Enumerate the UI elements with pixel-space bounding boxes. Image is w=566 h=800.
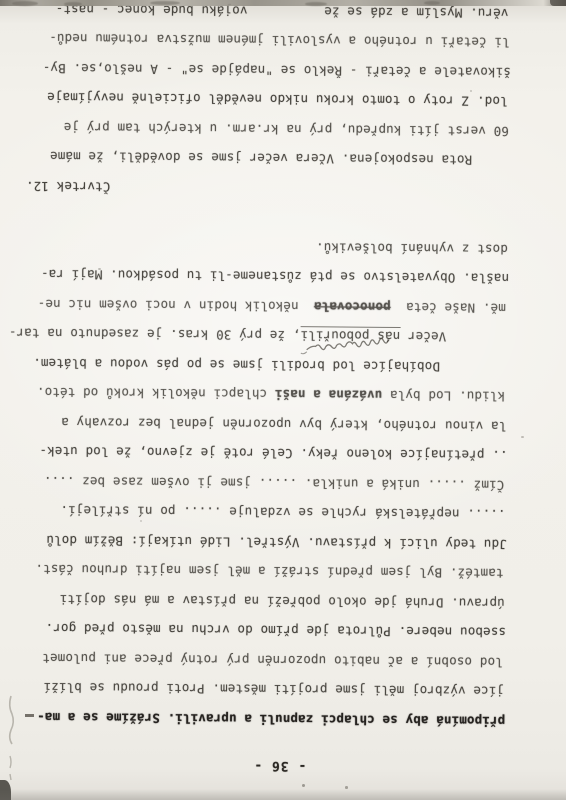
text-line: našla. Obyvatelstvo se ptá zůstaneme-li …	[25, 260, 509, 294]
text-line: klidu. Lod byla uvázána a naši chlapci n…	[24, 378, 505, 412]
scanned-page: - 36 - připomíná aby se chlapci zapnuli …	[0, 0, 566, 800]
text-run: 60 verst jíti kupředu, prý na kr.arm. u …	[64, 120, 509, 139]
text-run: tamtéž. Byl jsem přední stráží a měl jse…	[35, 562, 503, 581]
scan-edge-blob	[12, 1, 38, 6]
text-run: úpravu. Druhá jde okolo pobřeží na příst…	[59, 592, 504, 611]
text-line: ..... nepřátelská rychle se vzdaluje ...…	[23, 496, 506, 530]
scan-edge-blob	[305, 2, 327, 6]
text-run: chlapci několik kroků od této.	[37, 385, 275, 402]
text-run: li četaři u rotného a vyslovili jménem m…	[49, 31, 510, 50]
text-run: ..... nepřátelská rychle se vzdaluje ...…	[60, 504, 505, 523]
text-line: 60 verst jíti kupředu, prý na kr.arm. u …	[26, 112, 509, 146]
text-run: la vinou rotného, který byv upozorněn je…	[61, 415, 506, 434]
speck	[345, 786, 348, 789]
text-line: tamtéž. Byl jsem přední stráží a měl jse…	[22, 555, 503, 589]
scan-edge-blob	[64, 2, 82, 6]
text-run: Jdu tedy ulicí k přístavu. Výstřel. Lidé…	[46, 533, 507, 552]
text-line: lod. Z roty o tomto kroku nikdo nevěděl …	[27, 83, 508, 117]
text-run: ssebou nebere. Půlrota jde přímo do vrch…	[45, 621, 506, 640]
speck	[98, 268, 101, 270]
text-run: připomíná aby se chlapci zapnuli a uprav…	[37, 710, 505, 729]
text-line: Rota nespokojena. Včera večer jsme se do…	[26, 142, 510, 176]
text-line: připomíná aby se chlapci zapnuli a uprav…	[21, 702, 505, 736]
text-line: lod osobní a ač nabito upozorněn prý rot…	[22, 643, 503, 677]
entry-heading: Čtvrtek 12.	[26, 171, 507, 205]
text-run: lod. Z roty o tomto kroku nikdo nevěděl …	[47, 90, 508, 109]
text-run: lod osobní a ač nabito upozorněn prý rot…	[42, 651, 503, 670]
scan-bottom-shade	[0, 789, 566, 800]
text-run: Čímž ..... uniká a unikla. ..... jsme ji…	[44, 474, 505, 493]
struck-word: ponocovala	[314, 299, 391, 315]
text-run: Rota nespokojena. Včera večer jsme se do…	[50, 149, 472, 168]
text-line: Dobíhajíce lod brodili jsme se po pás vo…	[24, 348, 508, 382]
text-run: , že prý 30 kras. je zasednuto na tar-	[9, 326, 301, 344]
text-run: .. přetínajíce koleno řeky. Celé rotě je…	[39, 444, 507, 463]
text-line: la vinou rotného, který byv upozorněn je…	[24, 407, 507, 441]
text-run: našla. Obyvatelstvo se ptá zůstaneme-li …	[41, 267, 509, 286]
text-line: jíce výzbroj měli jsme projíti městem. P…	[21, 673, 504, 707]
page-number: - 36 -	[0, 756, 563, 776]
speck	[302, 784, 305, 787]
entry-date: Čtvrtek 12.	[26, 179, 111, 195]
scan-edge-strip	[0, 0, 566, 6]
text-line: ssebou nebere. Půlrota jde přímo do vrch…	[22, 614, 506, 648]
scan-corner-mark	[550, 0, 566, 6]
text-line: dost z vyhnání bolševiků.	[25, 230, 508, 264]
text-line: mě. Naše četa ponocovala několik hodin v…	[25, 289, 506, 323]
document-flipped-layer: - 36 - připomíná aby se chlapci zapnuli …	[0, 0, 566, 800]
speck	[140, 520, 142, 522]
text-run: mě. Naše četa	[391, 300, 506, 316]
text-line: úpravu. Druhá jde okolo pobřeží na příst…	[22, 584, 505, 618]
text-run: dost z vyhnání bolševiků.	[316, 240, 508, 257]
text-line: li četaři u rotného a vyslovili jménem m…	[27, 24, 510, 58]
text-line: Jdu tedy ulicí k přístavu. Výstřel. Lidé…	[23, 525, 507, 559]
text-run: několik hodin v noci ovšem nic ne-	[38, 297, 314, 314]
text-line: Čímž ..... uniká a unikla. ..... jsme ji…	[23, 466, 504, 500]
text-line: šikovatele a četaři - Řeklo se "napájde …	[27, 53, 511, 87]
stray-margin-dash	[25, 714, 34, 717]
margin-scribble	[4, 694, 20, 784]
scan-edge-blob	[424, 1, 440, 5]
text-line: .. přetínajíce koleno řeky. Celé rotě je…	[23, 437, 507, 471]
text-run: klidu. Lod byla	[382, 388, 505, 404]
text-run: jíce výzbroj měli jsme projíti městem. P…	[43, 680, 504, 699]
scan-edge-blob	[150, 1, 180, 5]
text-run: šikovatele a četaři - Řeklo se "napájde …	[43, 61, 511, 80]
text-run: Večer	[400, 330, 446, 345]
text-run: Dobíhajíce lod brodili jsme se po pás vo…	[33, 356, 440, 375]
speck	[521, 436, 524, 438]
speck	[470, 90, 472, 92]
text-line: Večer nás pobouřili, že prý 30 kras. je …	[24, 319, 507, 353]
text-block: připomíná aby se chlapci zapnuli a uprav…	[21, 0, 511, 736]
text-run: uvázána a naši	[275, 387, 383, 403]
